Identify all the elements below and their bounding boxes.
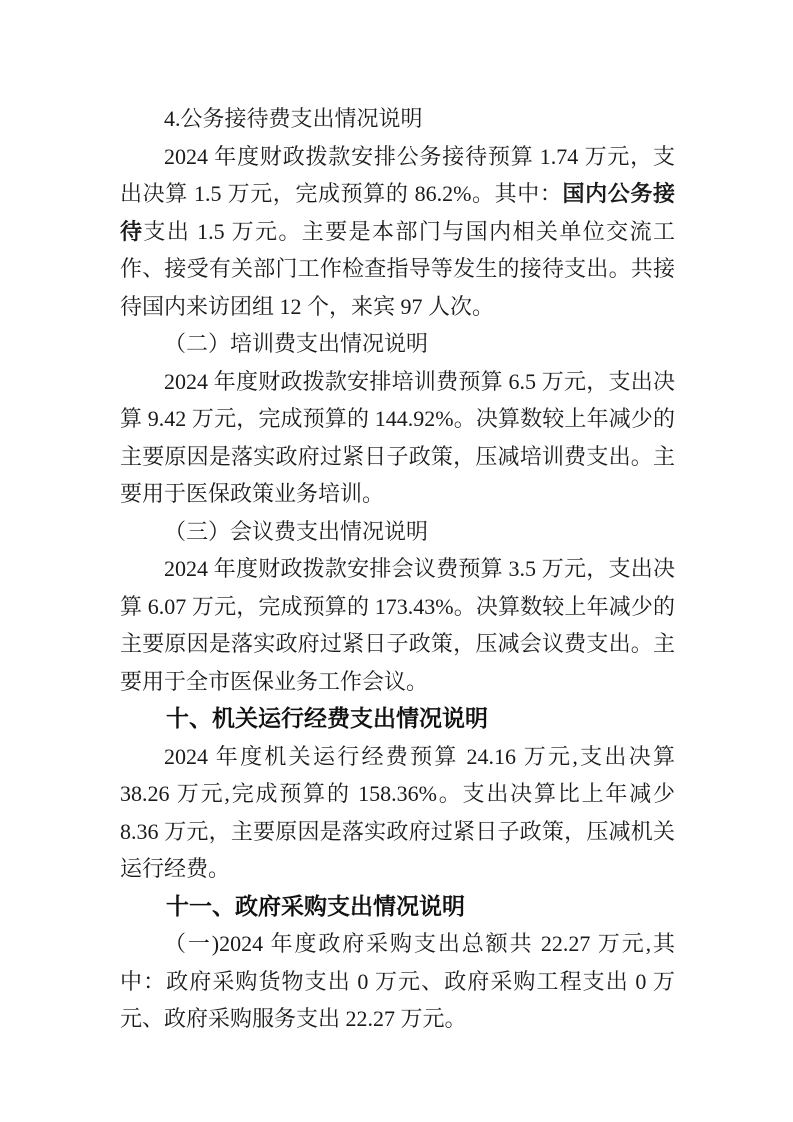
heading-official-reception-expense: 4.公务接待费支出情况说明 xyxy=(120,100,675,138)
paragraph-text-post: 支出 1.5 万元。主要是本部门与国内相关单位交流工作、接受有关部门工作检查指导… xyxy=(120,219,675,319)
paragraph-meeting-expense: 2024 年度财政拨款安排会议费预算 3.5 万元，支出决算 6.07 万元，完… xyxy=(120,550,675,700)
heading-meeting-expense: （三）会议费支出情况说明 xyxy=(120,513,675,551)
heading-government-procurement: 十一、政府采购支出情况说明 xyxy=(120,888,675,926)
heading-training-expense: （二）培训费支出情况说明 xyxy=(120,325,675,363)
paragraph-agency-operating-funds: 2024 年度机关运行经费预算 24.16 万元,支出决算 38.26 万元,完… xyxy=(120,738,675,888)
paragraph-official-reception: 2024 年度财政拨款安排公务接待预算 1.74 万元，支出决算 1.5 万元，… xyxy=(120,138,675,326)
heading-agency-operating-funds: 十、机关运行经费支出情况说明 xyxy=(120,700,675,738)
document-page: 4.公务接待费支出情况说明 2024 年度财政拨款安排公务接待预算 1.74 万… xyxy=(0,0,793,1122)
paragraph-government-procurement: （一)2024 年度政府采购支出总额共 22.27 万元,其中：政府采购货物支出… xyxy=(120,925,675,1038)
paragraph-training-expense: 2024 年度财政拨款安排培训费预算 6.5 万元，支出决算 9.42 万元，完… xyxy=(120,363,675,513)
